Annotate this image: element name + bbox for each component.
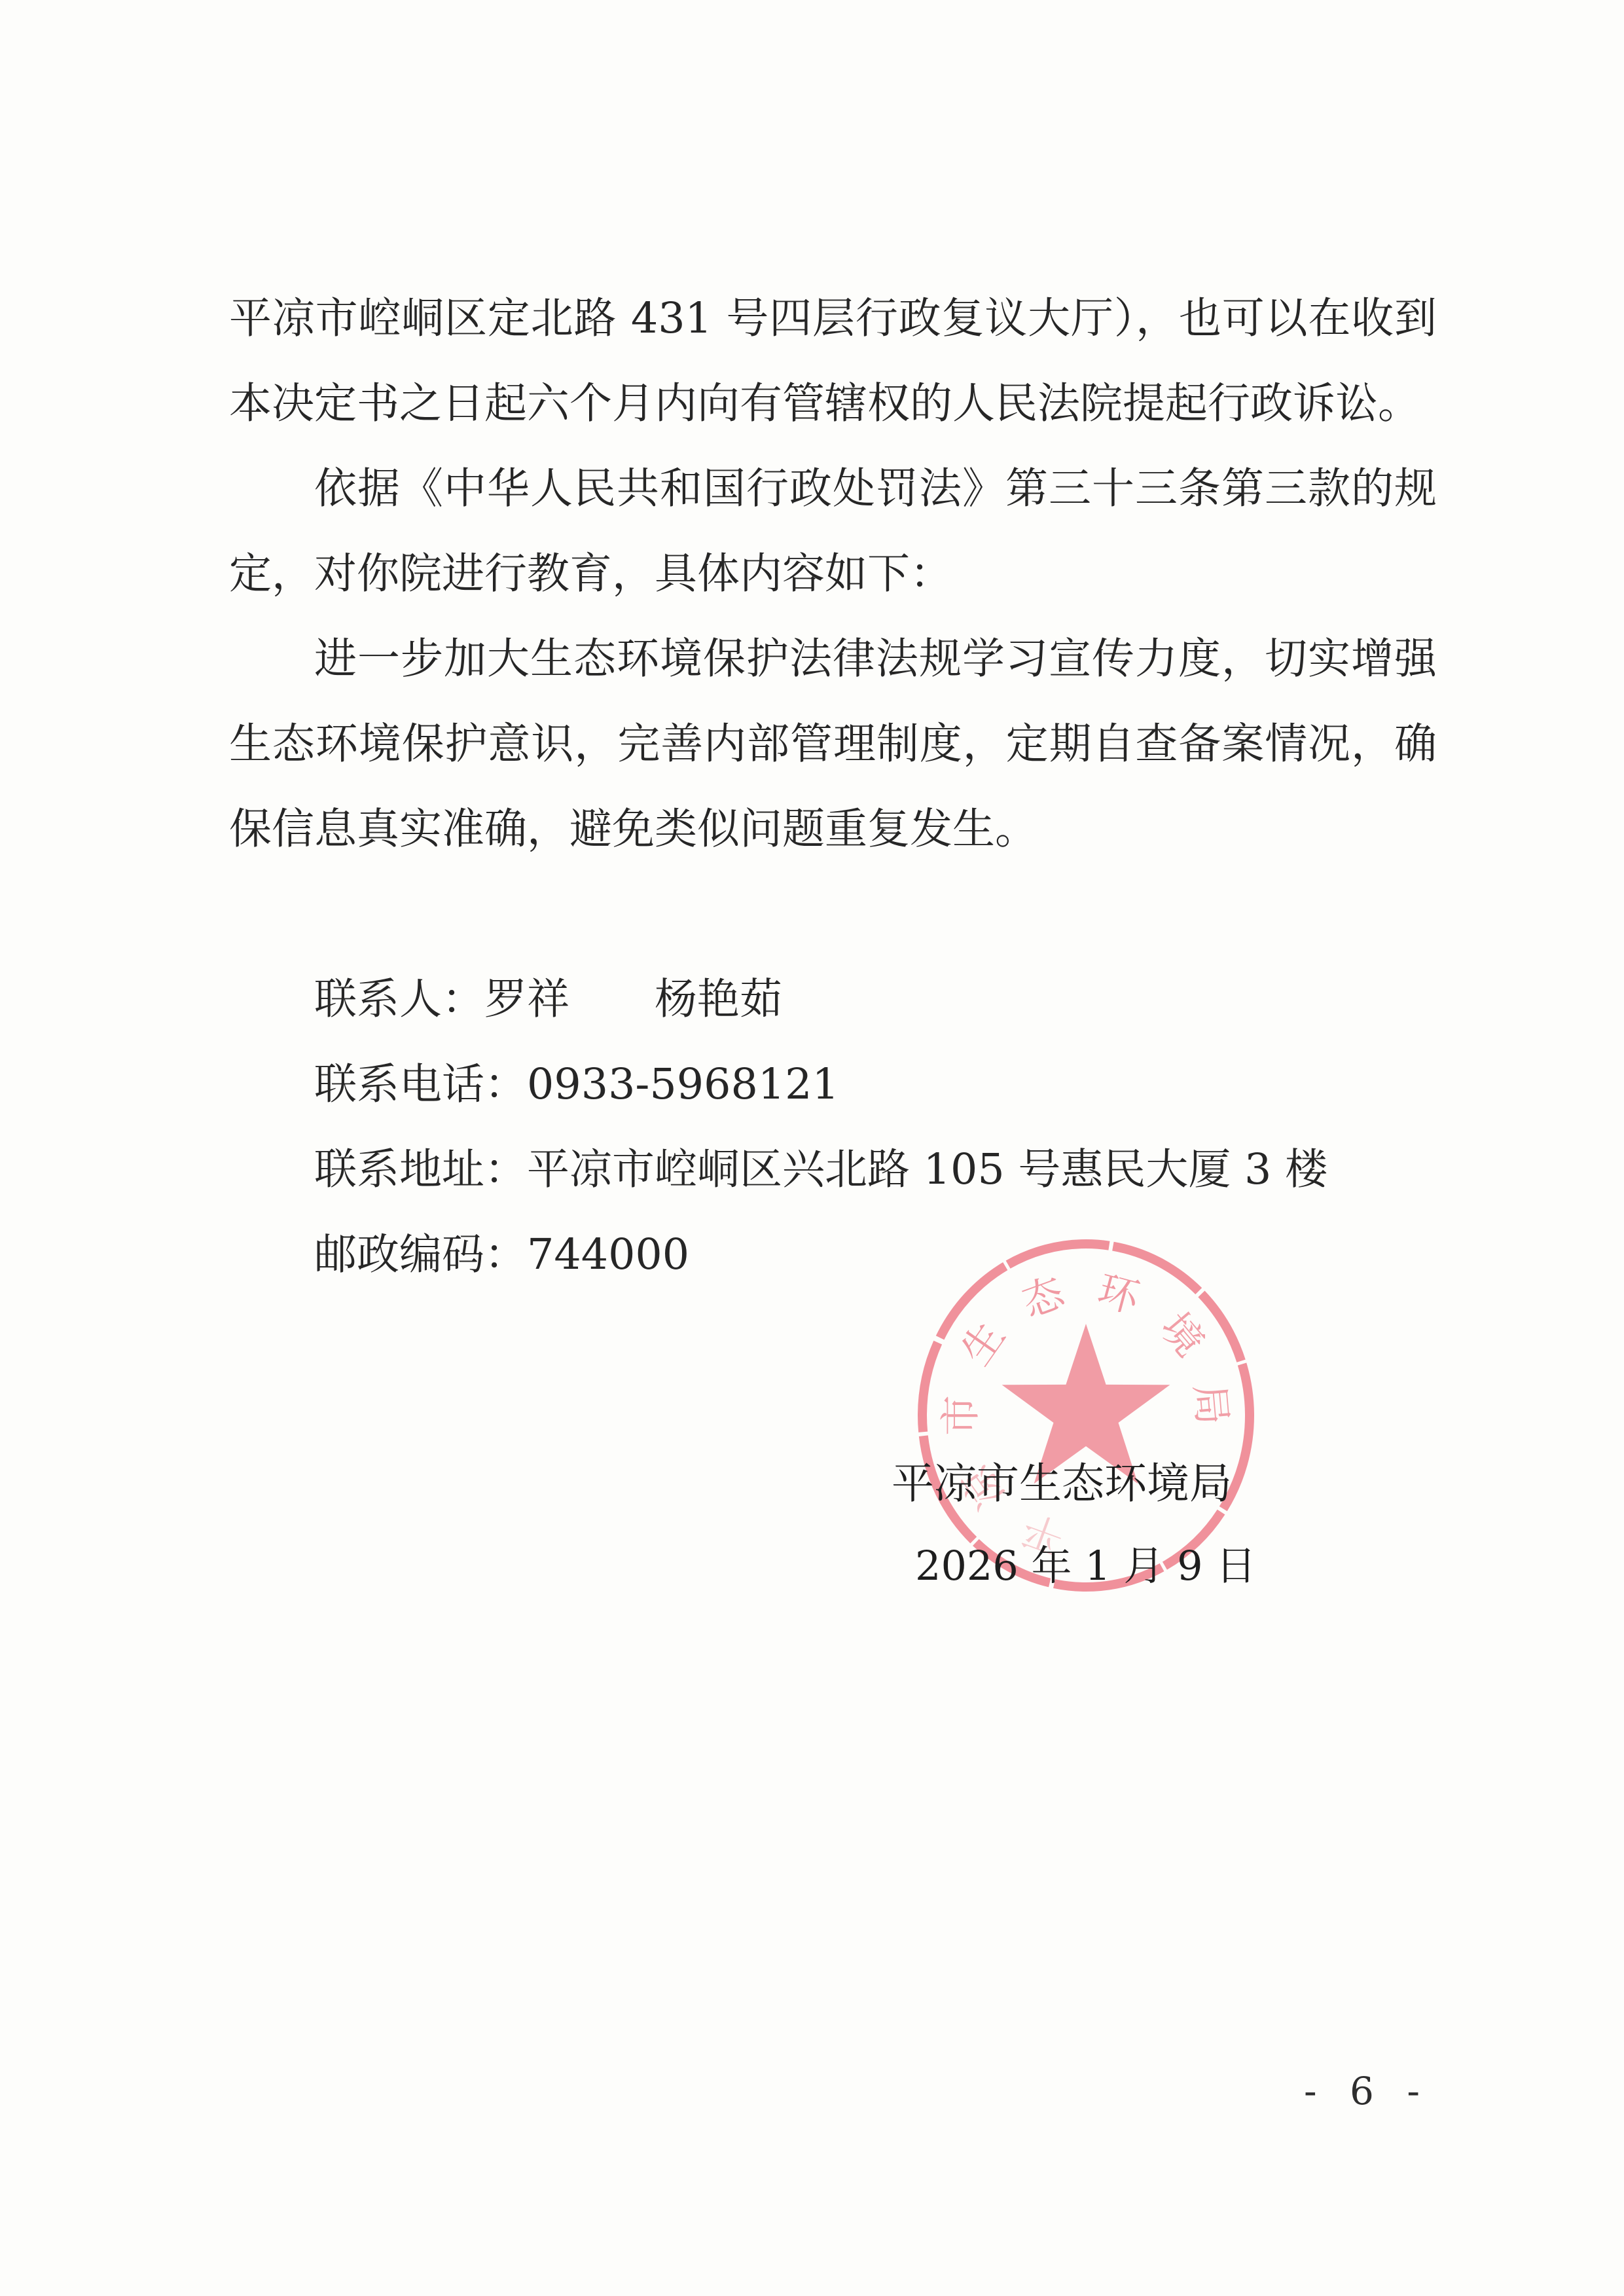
contact-phone-line: 联系电话：0933-5968121 bbox=[314, 1042, 1437, 1127]
body-line: 定，对你院进行教育，具体内容如下： bbox=[229, 532, 1437, 617]
seal-ring-char: 生 bbox=[952, 1313, 1014, 1374]
body-text: 平凉市崆峒区定北路 431 号四层行政复议大厅），也可以在收到 本决定书之日起六… bbox=[229, 276, 1437, 1298]
contact-person-line: 联系人：罗祥 杨艳茹 bbox=[314, 957, 1437, 1042]
body-line: 本决定书之日起六个月内向有管辖权的人民法院提起行政诉讼。 bbox=[229, 361, 1437, 446]
seal-ring-char: 局 bbox=[1185, 1382, 1236, 1427]
signature-date: 2026 年 1 月 9 日 bbox=[915, 1533, 1256, 1599]
seal-ring-char: 市 bbox=[937, 1395, 984, 1436]
body-line: 生态环境保护意识，完善内部管理制度，定期自查备案情况，确 bbox=[229, 702, 1437, 787]
seal-ring-char: 环 bbox=[1092, 1266, 1146, 1322]
contact-address-line: 联系地址：平凉市崆峒区兴北路 105 号惠民大厦 3 楼 bbox=[314, 1127, 1437, 1212]
seal-ring-char: 境 bbox=[1151, 1303, 1214, 1365]
body-line: 进一步加大生态环境保护法律法规学习宣传力度，切实增强 bbox=[229, 617, 1437, 702]
document-page: 平凉市崆峒区定北路 431 号四层行政复议大厅），也可以在收到 本决定书之日起六… bbox=[0, 0, 1624, 2296]
body-line: 依据《中华人民共和国行政处罚法》第三十三条第三款的规 bbox=[229, 446, 1437, 532]
body-line: 保信息真实准确，避免类似问题重复发生。 bbox=[229, 787, 1437, 872]
seal-ring-char: 态 bbox=[1016, 1267, 1072, 1326]
body-line: 平凉市崆峒区定北路 431 号四层行政复议大厅），也可以在收到 bbox=[229, 276, 1437, 361]
signature-agency: 平凉市生态环境局 bbox=[892, 1448, 1232, 1520]
page-number: - 6 - bbox=[1304, 2069, 1430, 2113]
